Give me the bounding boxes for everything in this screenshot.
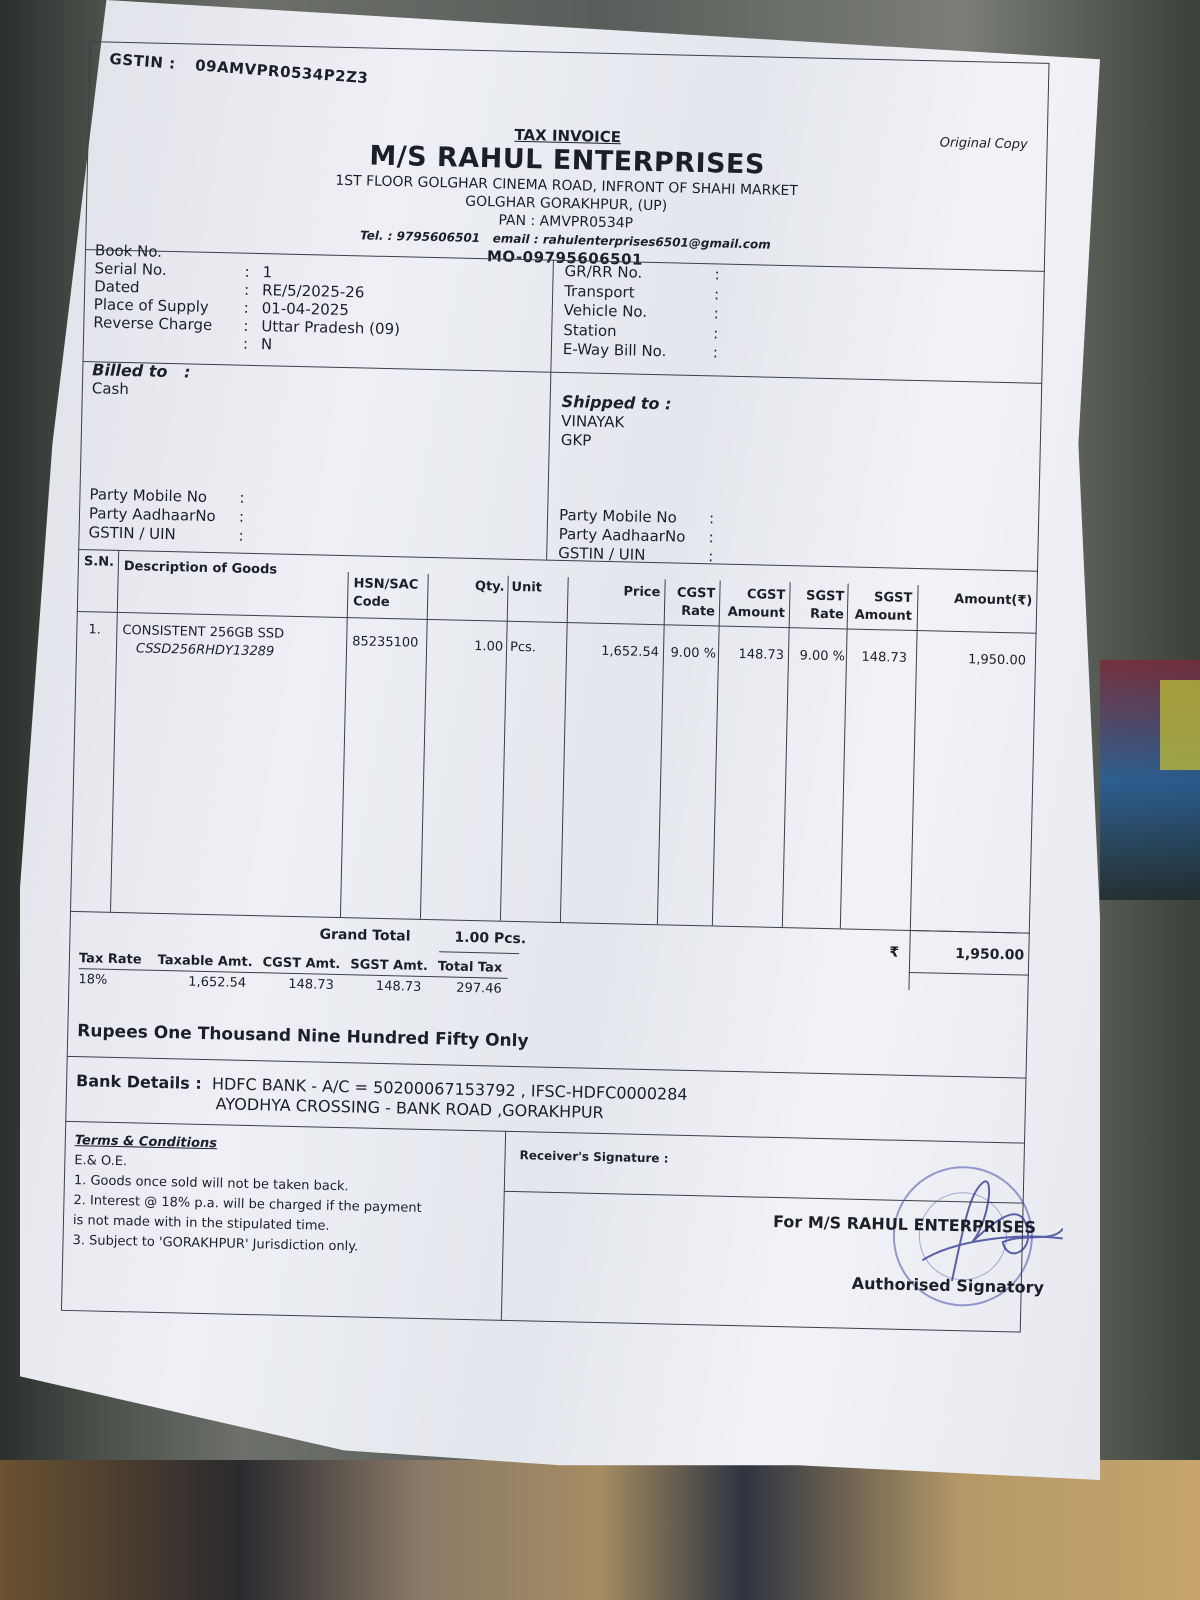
- col-qty: Qty.: [432, 577, 504, 597]
- telephone: Tel. : 9795606501: [360, 228, 480, 245]
- grand-total-amount: 1,950.00: [914, 945, 1024, 963]
- col-sgst-amount: SGSTAmount: [850, 589, 913, 626]
- col-cgst-amount: CGSTAmount: [722, 586, 786, 623]
- shipped-to-title: Shipped to: [561, 392, 659, 413]
- billed-to-section: Billed to : Cash Party Mobile No: Party …: [88, 361, 247, 545]
- col-hsn: HSN/SACCode: [353, 575, 419, 612]
- col-cgst-rate: CGSTRate: [667, 584, 716, 621]
- tax-invoice: GSTIN : 09AMVPR0534P2Z3 Original Copy TA…: [11, 30, 1080, 1343]
- col-sgst-rate: SGSTRate: [792, 587, 845, 624]
- col-sn: S.N.: [84, 553, 115, 572]
- billed-to-name: Cash: [92, 379, 247, 401]
- grand-total-label: Grand Total: [319, 927, 410, 945]
- shipped-to-city: GKP: [561, 431, 716, 454]
- col-description: Description of Goods: [124, 558, 278, 579]
- col-unit: Unit: [511, 579, 542, 598]
- rupee-icon: ₹: [889, 945, 899, 961]
- item-description: CONSISTENT 256GB SSD CSSD256RHDY13289: [122, 622, 285, 662]
- billed-to-title: Billed to: [92, 360, 168, 381]
- copy-label: Original Copy: [940, 135, 1028, 152]
- background-object: [1160, 680, 1200, 770]
- col-price: Price: [572, 582, 660, 602]
- grand-total-qty: 1.00 Pcs.: [454, 930, 526, 948]
- col-amount: Amount(₹): [922, 590, 1032, 610]
- invoice-meta-right: GR/RR No.: Transport: Vehicle No.: Stati…: [563, 262, 720, 363]
- shipped-to-section: Shipped to : VINAYAK GKP Party Mobile No…: [558, 392, 717, 566]
- background-floor: [0, 1460, 1200, 1600]
- terms-and-conditions: Terms & Conditions E.& O.E. 1. Goods onc…: [72, 1131, 423, 1259]
- invoice-meta-left: Book No. Serial No.:1 Dated:RE/5/2025-26…: [93, 241, 402, 356]
- bank-label: Bank Details :: [76, 1071, 202, 1093]
